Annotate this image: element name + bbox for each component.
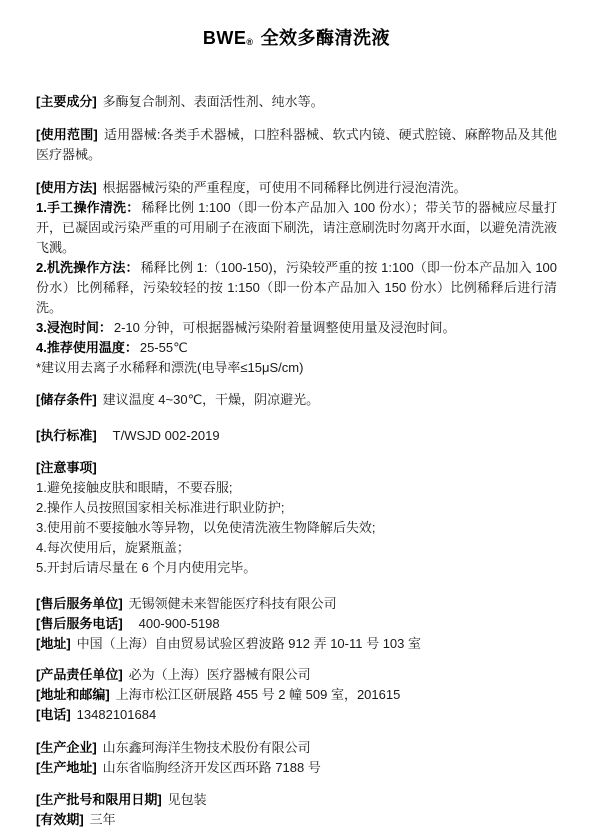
after-sales-address-label: [地址] [36, 636, 71, 651]
after-sales-phone-text: 400-900-5198 [139, 616, 220, 631]
section-batch-expiry: [生产批号和限用日期]见包装 [有效期]三年 [36, 790, 557, 830]
scope-text: 适用器械:各类手术器械，口腔科器械、软式内镜、硬式腔镜、麻醉物品及其他医疗器械。 [36, 127, 557, 162]
section-storage: [储存条件]建议温度 4~30℃，干燥，阴凉避光。 [36, 390, 557, 410]
manufacturer-company: [生产企业]山东鑫珂海洋生物技术股份有限公司 [36, 738, 557, 758]
usage-step-soak-time-label: 3.浸泡时间： [36, 320, 112, 335]
standard-text: T/WSJD 002-2019 [113, 428, 220, 443]
responsible-unit-label: [产品责任单位] [36, 667, 123, 682]
notice-item-1: 1.避免接触皮肤和眼睛，不要吞服; [36, 478, 557, 498]
usage-step-manual: 1.手工操作清洗：稀释比例 1:100（即一份本产品加入 100 份水）；带关节… [36, 198, 557, 258]
usage-step-soak-time-text: 2-10 分钟，可根据器械污染附着量调整使用量及浸泡时间。 [114, 320, 456, 335]
batch-date-text: 见包装 [168, 792, 207, 807]
ingredients-text: 多酶复合制剂、表面活性剂、纯水等。 [103, 94, 324, 109]
after-sales-unit: [售后服务单位]无锡领健未来智能医疗科技有限公司 [36, 594, 557, 614]
notice-item-4: 4.每次使用后，旋紧瓶盖； [36, 538, 557, 558]
usage-step-machine-label: 2.机洗操作方法： [36, 260, 139, 275]
storage-text: 建议温度 4~30℃，干燥，阴凉避光。 [103, 392, 320, 407]
storage-label: [储存条件] [36, 392, 97, 407]
responsible-unit: [产品责任单位]必为（上海）医疗器械有限公司 [36, 665, 557, 685]
section-standard: [执行标准]T/WSJD 002-2019 [36, 426, 557, 446]
product-name: 全效多酶清洗液 [261, 28, 391, 48]
notice-item-5: 5.开封后请尽量在 6 个月内使用完毕。 [36, 558, 557, 578]
batch-date: [生产批号和限用日期]见包装 [36, 790, 557, 810]
section-responsible-unit: [产品责任单位]必为（上海）医疗器械有限公司 [地址和邮编]上海市松江区研展路 … [36, 665, 557, 725]
ingredients-label: [主要成分] [36, 94, 97, 109]
usage-step-soak-time: 3.浸泡时间：2-10 分钟，可根据器械污染附着量调整使用量及浸泡时间。 [36, 318, 557, 338]
section-notices: [注意事项] 1.避免接触皮肤和眼睛，不要吞服; 2.操作人员按照国家相关标准进… [36, 458, 557, 578]
notice-item-3: 3.使用前不要接触水等异物，以免使清洗液生物降解后失效; [36, 518, 557, 538]
manufacturer-company-label: [生产企业] [36, 740, 97, 755]
responsible-phone-label: [电话] [36, 707, 71, 722]
page-title: BWE®全效多酶清洗液 [36, 24, 557, 50]
notices-header: [注意事项] [36, 458, 557, 478]
responsible-unit-text: 必为（上海）医疗器械有限公司 [129, 667, 311, 682]
after-sales-unit-label: [售后服务单位] [36, 596, 123, 611]
section-after-sales: [售后服务单位]无锡领健未来智能医疗科技有限公司 [售后服务电话]400-900… [36, 594, 557, 654]
usage-intro-line: [使用方法]根据器械污染的严重程度，可使用不同稀释比例进行浸泡清洗。 [36, 178, 557, 198]
manufacturer-address-label: [生产地址] [36, 760, 97, 775]
batch-date-label: [生产批号和限用日期] [36, 792, 162, 807]
expiry: [有效期]三年 [36, 810, 557, 830]
after-sales-address-text: 中国（上海）自由贸易试验区碧波路 912 弄 10-11 号 103 室 [77, 636, 421, 651]
usage-label: [使用方法] [36, 180, 97, 195]
after-sales-unit-text: 无锡领健未来智能医疗科技有限公司 [129, 596, 337, 611]
usage-step-temperature-text: 25-55℃ [140, 340, 188, 355]
responsible-phone-text: 13482101684 [77, 707, 157, 722]
notice-item-2: 2.操作人员按照国家相关标准进行职业防护; [36, 498, 557, 518]
usage-step-temperature-label: 4.推荐使用温度： [36, 340, 138, 355]
section-usage: [使用方法]根据器械污染的严重程度，可使用不同稀释比例进行浸泡清洗。 1.手工操… [36, 178, 557, 378]
manufacturer-company-text: 山东鑫珂海洋生物技术股份有限公司 [103, 740, 311, 755]
manufacturer-address: [生产地址]山东省临朐经济开发区西环路 7188 号 [36, 758, 557, 778]
after-sales-address: [地址]中国（上海）自由贸易试验区碧波路 912 弄 10-11 号 103 室 [36, 634, 557, 654]
brand-name: BWE [203, 28, 247, 48]
document-page: BWE®全效多酶清洗液 [主要成分]多酶复合制剂、表面活性剂、纯水等。 [使用范… [0, 0, 591, 838]
manufacturer-address-text: 山东省临朐经济开发区西环路 7188 号 [103, 760, 321, 775]
expiry-text: 三年 [90, 812, 116, 827]
responsible-phone: [电话]13482101684 [36, 705, 557, 725]
usage-step-machine: 2.机洗操作方法：稀释比例 1:（100-150)，污染较严重的按 1:100（… [36, 258, 557, 318]
section-scope: [使用范围]适用器械:各类手术器械，口腔科器械、软式内镜、硬式腔镜、麻醉物品及其… [36, 125, 557, 165]
standard-label: [执行标准] [36, 428, 97, 443]
usage-step-manual-label: 1.手工操作清洗： [36, 200, 139, 215]
after-sales-phone-label: [售后服务电话] [36, 616, 123, 631]
responsible-address-text: 上海市松江区研展路 455 号 2 幢 509 室，201615 [116, 687, 401, 702]
section-ingredients: [主要成分]多酶复合制剂、表面活性剂、纯水等。 [36, 92, 557, 112]
notices-label: [注意事项] [36, 460, 97, 475]
responsible-address: [地址和邮编]上海市松江区研展路 455 号 2 幢 509 室，201615 [36, 685, 557, 705]
after-sales-phone: [售后服务电话]400-900-5198 [36, 614, 557, 634]
usage-footnote: *建议用去离子水稀释和漂洗(电导率≤15μS/cm) [36, 358, 557, 378]
usage-step-temperature: 4.推荐使用温度：25-55℃ [36, 338, 557, 358]
responsible-address-label: [地址和邮编] [36, 687, 110, 702]
scope-label: [使用范围] [36, 127, 98, 142]
usage-intro-text: 根据器械污染的严重程度，可使用不同稀释比例进行浸泡清洗。 [103, 180, 467, 195]
registered-trademark-symbol: ® [246, 37, 253, 47]
section-manufacturer: [生产企业]山东鑫珂海洋生物技术股份有限公司 [生产地址]山东省临朐经济开发区西… [36, 738, 557, 778]
expiry-label: [有效期] [36, 812, 84, 827]
